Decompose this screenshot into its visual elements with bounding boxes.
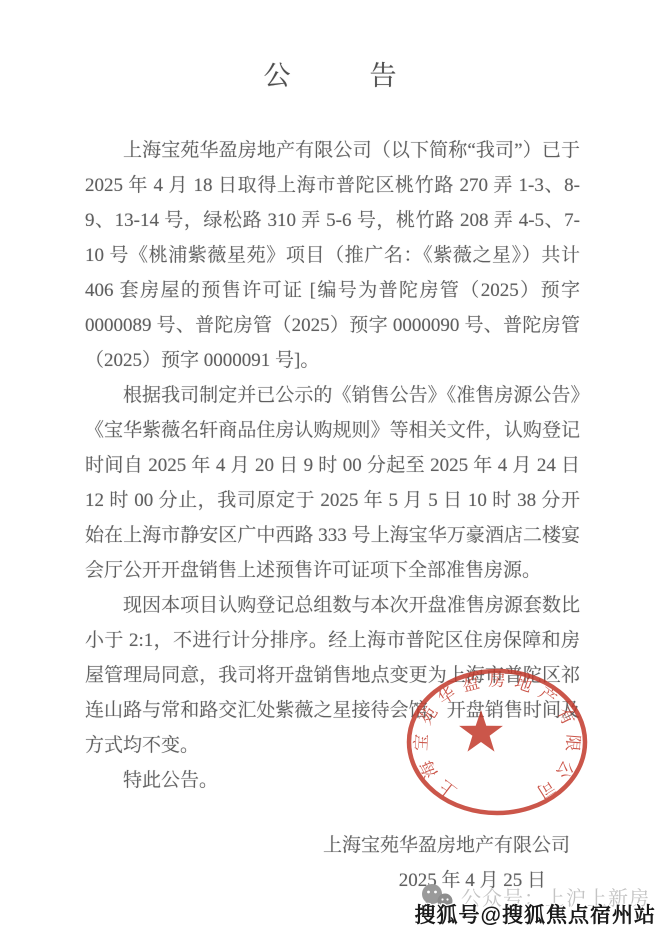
document-title: 公 告	[0, 0, 660, 93]
sohu-watermark: 搜狐号@搜狐焦点宿州站	[415, 899, 656, 929]
announcement-document: 公 告 上海宝苑华盈房地产有限公司（以下简称“我司”）已于 2025 年 4 月…	[0, 0, 660, 933]
signature-company: 上海宝苑华盈房地产有限公司	[0, 828, 660, 863]
document-body: 上海宝苑华盈房地产有限公司（以下简称“我司”）已于 2025 年 4 月 18 …	[85, 133, 580, 798]
paragraph-registration-period: 根据我司制定并已公示的《销售公告》《准售房源公告》《宝华紫薇名轩商品住房认购规则…	[85, 378, 580, 588]
sohu-watermark-text: 搜狐号@搜狐焦点宿州站	[415, 904, 656, 927]
paragraph-presale-permit: 上海宝苑华盈房地产有限公司（以下简称“我司”）已于 2025 年 4 月 18 …	[85, 133, 580, 378]
paragraph-closing: 特此公告。	[85, 763, 580, 798]
paragraph-venue-change: 现因本项目认购登记总组数与本次开盘准售房源套数比小于 2:1，不进行计分排序。经…	[85, 588, 580, 763]
